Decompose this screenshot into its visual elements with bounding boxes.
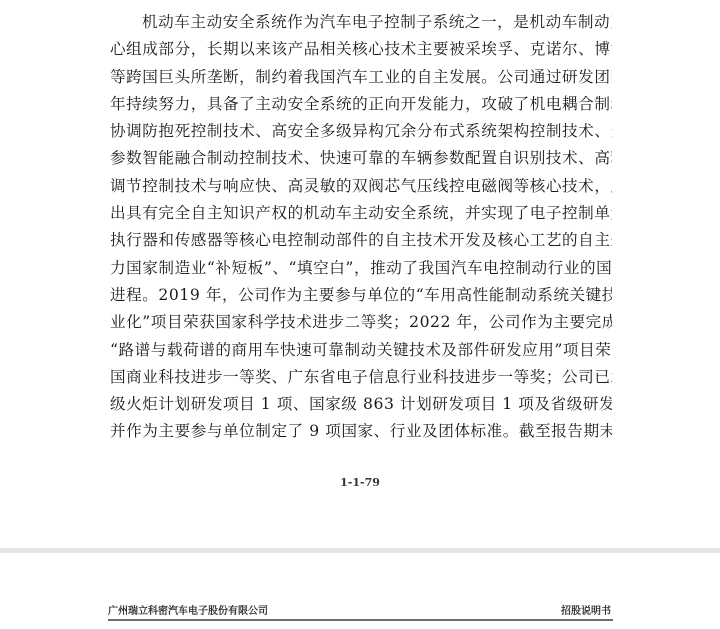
text-line: 进程。2019 年，公司作为主要参与单位的“车用高性能制动系统关键技术及产	[110, 282, 612, 309]
text-line: 国商业科技进步一等奖、广东省电子信息行业科技进步一等奖；公司已承担国家	[110, 364, 612, 391]
page-running-header: 广州瑞立科密汽车电子股份有限公司 招股说明书	[108, 602, 613, 621]
text-line: 年持续努力，具备了主动安全系统的正向开发能力，攻破了机电耦合制动力动态	[110, 91, 612, 118]
text-line: 力国家制造业“补短板”、“填空白”，推动了我国汽车电控制动行业的国产化	[110, 255, 612, 282]
text-line: 机动车主动安全系统作为汽车电子控制子系统之一，是机动车制动系统的核	[110, 9, 612, 36]
text-line: 级火炬计划研发项目 1 项、国家级 863 计划研发项目 1 项及省级研发项目 …	[110, 391, 612, 418]
text-line: 参数智能融合制动控制技术、快速可靠的车辆参数配置自识别技术、高精度分段	[110, 145, 612, 172]
text-line: 出具有完全自主知识产权的机动车主动安全系统，并实现了电子控制单元（ECU）、	[110, 200, 612, 227]
text-line: 执行器和传感器等核心电控制动部件的自主技术开发及核心工艺的自主生产，助	[110, 227, 612, 254]
document-page-bottom: 广州瑞立科密汽车电子股份有限公司 招股说明书	[0, 553, 720, 629]
page-number: 1-1-79	[0, 476, 720, 489]
header-company-name: 广州瑞立科密汽车电子股份有限公司	[108, 602, 268, 617]
body-paragraph: 机动车主动安全系统作为汽车电子控制子系统之一，是机动车制动系统的核 心组成部分，…	[110, 9, 612, 446]
document-page-top: 机动车主动安全系统作为汽车电子控制子系统之一，是机动车制动系统的核 心组成部分，…	[0, 0, 720, 548]
text-line: 等跨国巨头所垄断，制约着我国汽车工业的自主发展。公司通过研发团队 20 余	[110, 64, 612, 91]
text-line: 并作为主要参与单位制定了 9 项国家、行业及团体标准。截至报告期末，公司取	[110, 418, 612, 445]
text-line: “路谱与载荷谱的商用车快速可靠制动关键技术及部件研发应用”项目荣获全	[110, 337, 612, 364]
header-document-type: 招股说明书	[561, 602, 611, 617]
text-line: 心组成部分，长期以来该产品相关核心技术主要被采埃孚、克诺尔、博世、大陆	[110, 36, 612, 63]
text-line: 调节控制技术与响应快、高灵敏的双阀芯气压线控电磁阀等核心技术，成功开发	[110, 173, 612, 200]
text-line: 业化”项目荣获国家科学技术进步二等奖；2022 年，公司作为主要完成单位的	[110, 309, 612, 336]
text-line: 协调防抱死控制技术、高安全多级异构冗余分布式系统架构控制技术、全工况多	[110, 118, 612, 145]
